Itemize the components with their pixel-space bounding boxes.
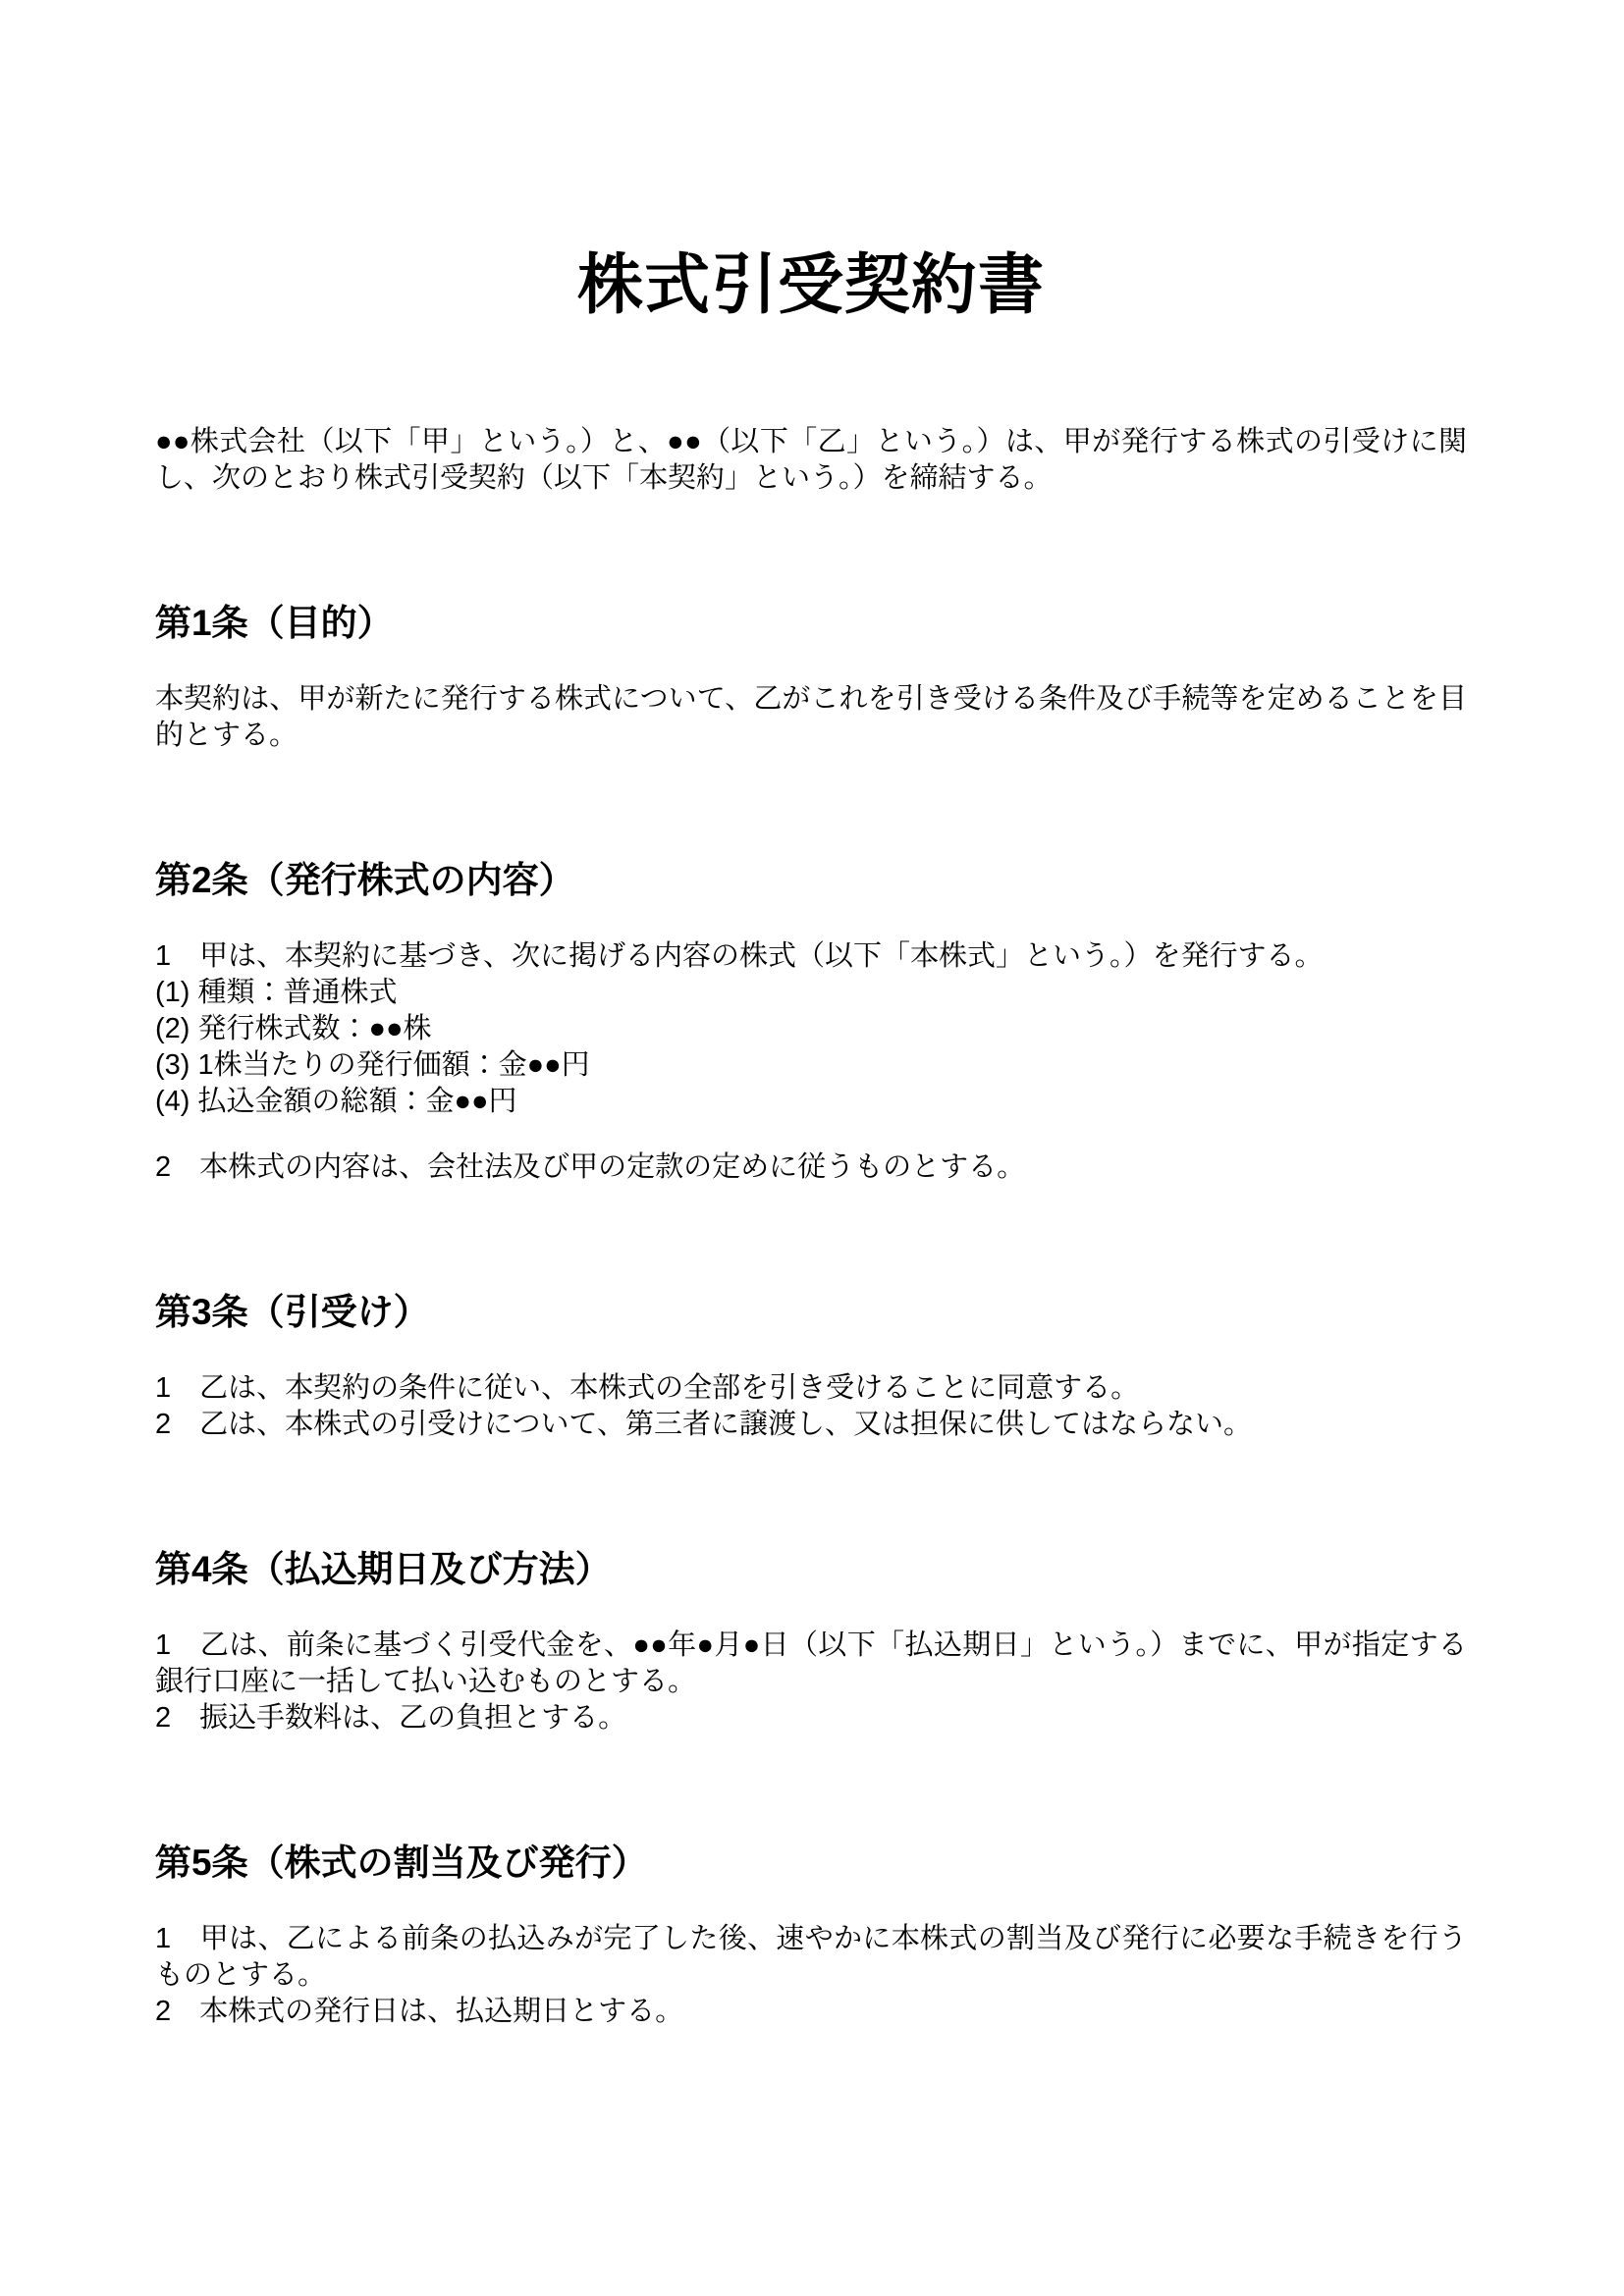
article-heading: 第5条（株式の割当及び発行） xyxy=(155,1842,1467,1885)
article-paragraph: (1) 種類：普通株式 xyxy=(155,975,1467,1011)
article-paragraph: 1 乙は、前条に基づく引受代金を、●●年●月●日（以下「払込期日」という。）まで… xyxy=(155,1628,1467,1700)
articles-container: 第1条（目的） 本契約は、甲が新たに発行する株式について、乙がこれを引き受ける条… xyxy=(155,602,1467,2030)
article: 第5条（株式の割当及び発行） 1 甲は、乙による前条の払込みが完了した後、速やか… xyxy=(155,1842,1467,2030)
article-block: 1 甲は、本契約に基づき、次に掲げる内容の株式（以下「本株式」という。）を発行す… xyxy=(155,938,1467,1120)
article-block: 1 乙は、前条に基づく引受代金を、●●年●月●日（以下「払込期日」という。）まで… xyxy=(155,1628,1467,1736)
article-heading: 第1条（目的） xyxy=(155,602,1467,645)
article: 第4条（払込期日及び方法） 1 乙は、前条に基づく引受代金を、●●年●月●日（以… xyxy=(155,1548,1467,1736)
article-block: 1 乙は、本契約の条件に従い、本株式の全部を引き受けることに同意する。2 乙は、… xyxy=(155,1370,1467,1443)
document-title: 株式引受契約書 xyxy=(155,246,1467,325)
article-heading: 第3条（引受け） xyxy=(155,1291,1467,1334)
article-paragraph: 本契約は、甲が新たに発行する株式について、乙がこれを引き受ける条件及び手続等を定… xyxy=(155,681,1467,754)
article-heading: 第2条（発行株式の内容） xyxy=(155,859,1467,902)
article-block: 2 本株式の内容は、会社法及び甲の定款の定めに従うものとする。 xyxy=(155,1149,1467,1186)
article-paragraph: 2 乙は、本株式の引受けについて、第三者に譲渡し、又は担保に供してはならない。 xyxy=(155,1407,1467,1443)
article-paragraph: 1 乙は、本契約の条件に従い、本株式の全部を引き受けることに同意する。 xyxy=(155,1370,1467,1407)
article-paragraph: 2 振込手数料は、乙の負担とする。 xyxy=(155,1700,1467,1736)
article-paragraph: (3) 1株当たりの発行価額：金●●円 xyxy=(155,1047,1467,1084)
intro-paragraph: ●●株式会社（以下「甲」という。）と、●●（以下「乙」という。）は、甲が発行する… xyxy=(155,424,1467,497)
article: 第3条（引受け） 1 乙は、本契約の条件に従い、本株式の全部を引き受けることに同… xyxy=(155,1291,1467,1443)
contract-document-page: 株式引受契約書 ●●株式会社（以下「甲」という。）と、●●（以下「乙」という。）… xyxy=(0,0,1624,2296)
article-block: 本契約は、甲が新たに発行する株式について、乙がこれを引き受ける条件及び手続等を定… xyxy=(155,681,1467,754)
article-heading: 第4条（払込期日及び方法） xyxy=(155,1548,1467,1591)
article-paragraph: 2 本株式の発行日は、払込期日とする。 xyxy=(155,1994,1467,2030)
article-paragraph: 1 甲は、本契約に基づき、次に掲げる内容の株式（以下「本株式」という。）を発行す… xyxy=(155,938,1467,975)
article: 第1条（目的） 本契約は、甲が新たに発行する株式について、乙がこれを引き受ける条… xyxy=(155,602,1467,754)
article-block: 1 甲は、乙による前条の払込みが完了した後、速やかに本株式の割当及び発行に必要な… xyxy=(155,1921,1467,2030)
article: 第2条（発行株式の内容） 1 甲は、本契約に基づき、次に掲げる内容の株式（以下「… xyxy=(155,859,1467,1186)
article-paragraph: (4) 払込金額の総額：金●●円 xyxy=(155,1084,1467,1120)
article-paragraph: (2) 発行株式数：●●株 xyxy=(155,1011,1467,1047)
article-paragraph: 1 甲は、乙による前条の払込みが完了した後、速やかに本株式の割当及び発行に必要な… xyxy=(155,1921,1467,1994)
article-paragraph: 2 本株式の内容は、会社法及び甲の定款の定めに従うものとする。 xyxy=(155,1149,1467,1186)
